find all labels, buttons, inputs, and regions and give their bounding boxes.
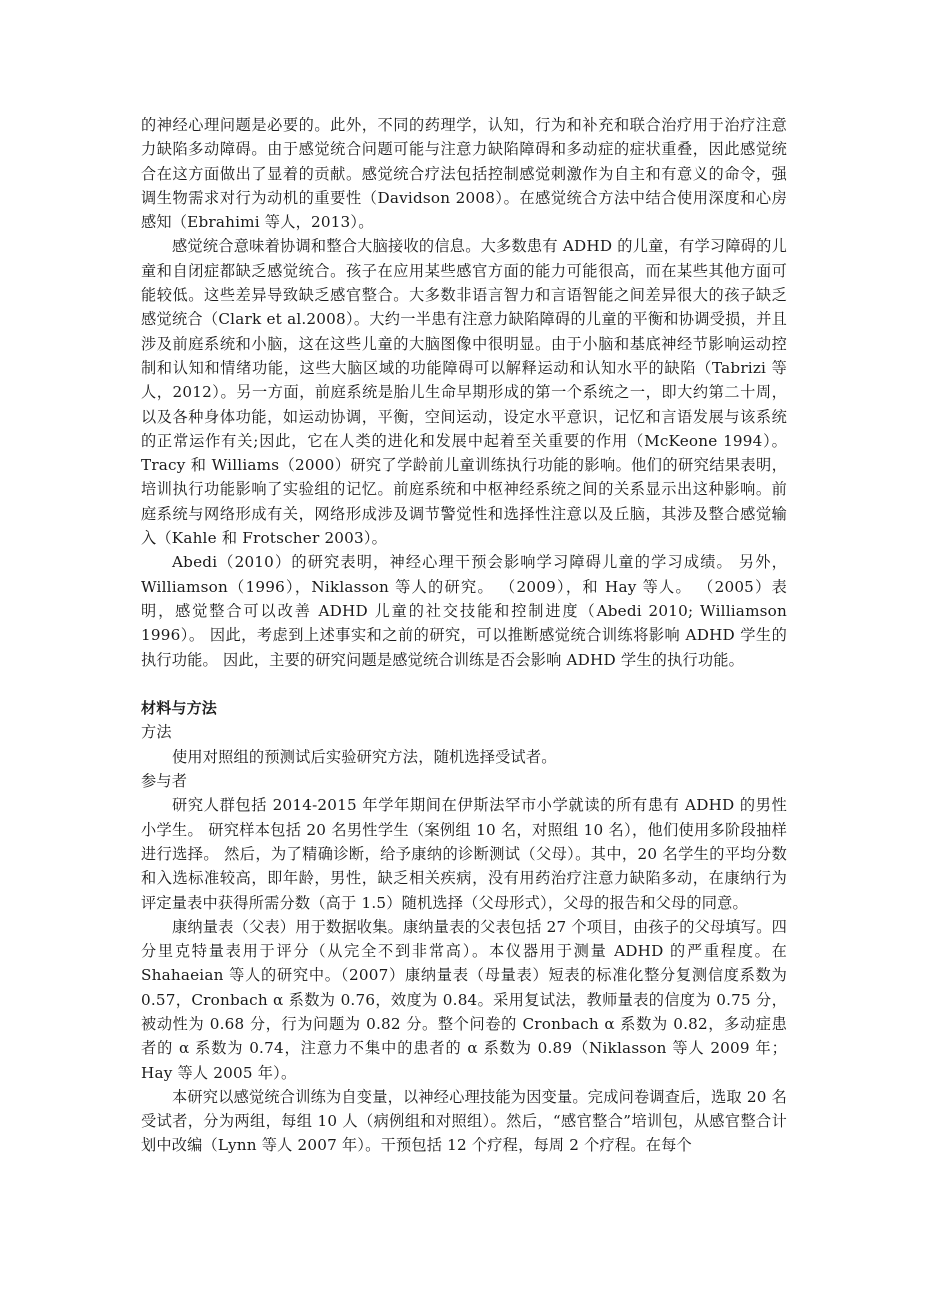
subheading-method: 方法 [141, 720, 787, 744]
paragraph-intro-1: 的神经心理问题是必要的。此外，不同的药理学，认知，行为和补充和联合治疗用于治疗注… [141, 113, 787, 234]
paragraph-intro-3: Abedi（2010）的研究表明，神经心理干预会影响学习障碍儿童的学习成绩。 另… [141, 550, 787, 671]
paragraph-method: 使用对照组的预测试后实验研究方法，随机选择受试者。 [141, 745, 787, 769]
spacer [141, 672, 787, 696]
paragraph-participants-3: 本研究以感觉统合训练为自变量，以神经心理技能为因变量。完成问卷调查后，选取 20… [141, 1085, 787, 1158]
paragraph-participants-1: 研究人群包括 2014-2015 年学年期间在伊斯法罕市小学就读的所有患有 AD… [141, 793, 787, 914]
subheading-participants: 参与者 [141, 769, 787, 793]
section-heading: 材料与方法 [141, 696, 787, 720]
paragraph-participants-2: 康纳量表（父表）用于数据收集。康纳量表的父表包括 27 个项目，由孩子的父母填写… [141, 915, 787, 1085]
paragraph-intro-2: 感觉统合意味着协调和整合大脑接收的信息。大多数患有 ADHD 的儿童，有学习障碍… [141, 234, 787, 550]
document-page: 的神经心理问题是必要的。此外，不同的药理学，认知，行为和补充和联合治疗用于治疗注… [141, 113, 787, 1158]
